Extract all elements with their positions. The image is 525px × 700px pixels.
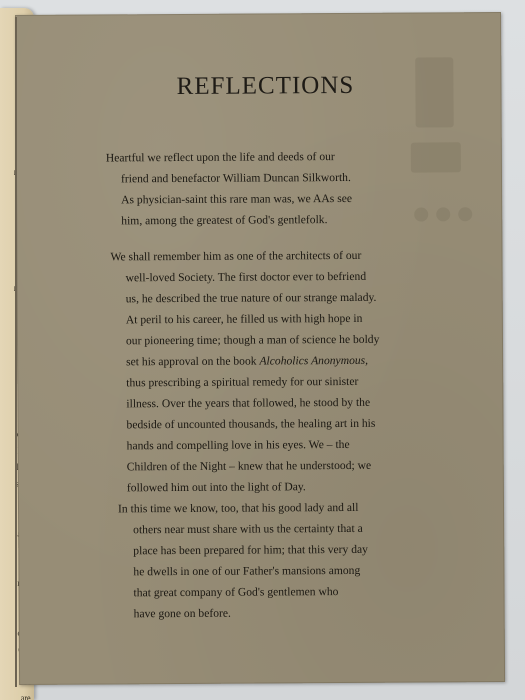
text-line: thus prescribing a spiritual remedy for … xyxy=(111,371,380,394)
left-page-fragment: are xyxy=(21,694,31,700)
text-line: our pioneering time; though a man of sci… xyxy=(111,329,380,352)
text-line: friend and benefactor William Duncan Sil… xyxy=(106,167,352,190)
show-through-mark xyxy=(411,142,461,172)
text-line-with-book-title: set his approval on the book Alcoholics … xyxy=(111,350,380,373)
paragraph-tribute: Heartful we reflect upon the life and de… xyxy=(106,146,352,232)
text-line: place has been prepared for him; that th… xyxy=(118,539,368,562)
show-through-mark xyxy=(414,207,428,221)
text-line: that great company of God's gentlemen wh… xyxy=(118,581,368,604)
text-line: well-loved Society. The first doctor eve… xyxy=(111,266,380,289)
document-page: REFLECTIONS Heartful we reflect upon the… xyxy=(15,12,505,685)
text-line: As physician-saint this rare man was, we… xyxy=(106,188,352,211)
text-line: In this time we know, too, that his good… xyxy=(118,497,368,520)
text-line: him, among the greatest of God's gentlef… xyxy=(106,209,352,232)
text-line: illness. Over the years that followed, h… xyxy=(111,392,380,415)
text-line: At peril to his career, he filled us wit… xyxy=(111,308,380,331)
show-through-mark xyxy=(458,207,472,221)
text-line: have gone on before. xyxy=(119,602,369,625)
text-line: followed him out into the light of Day. xyxy=(112,476,381,499)
text-line: us, he described the true nature of our … xyxy=(111,287,380,310)
text-line: he dwells in one of our Father's mansion… xyxy=(118,560,368,583)
paragraph-closing: In this time we know, too, that his good… xyxy=(118,497,368,625)
text-line: Children of the Night – knew that he und… xyxy=(112,455,381,478)
text-line: Heartful we reflect upon the life and de… xyxy=(106,146,352,169)
text-line: bedside of uncounted thousands, the heal… xyxy=(111,413,380,436)
book-title: Alcoholics Anonymous, xyxy=(259,354,368,368)
page-title: REFLECTIONS xyxy=(15,71,501,102)
show-through-mark xyxy=(436,207,450,221)
text-line: hands and compelling love in his eyes. W… xyxy=(112,434,381,457)
paragraph-remembrance: We shall remember him as one of the arch… xyxy=(110,245,380,499)
text-line: We shall remember him as one of the arch… xyxy=(110,245,379,268)
text-line: others near must share with us the certa… xyxy=(118,518,368,541)
text-line: set his approval on the book xyxy=(126,355,259,369)
